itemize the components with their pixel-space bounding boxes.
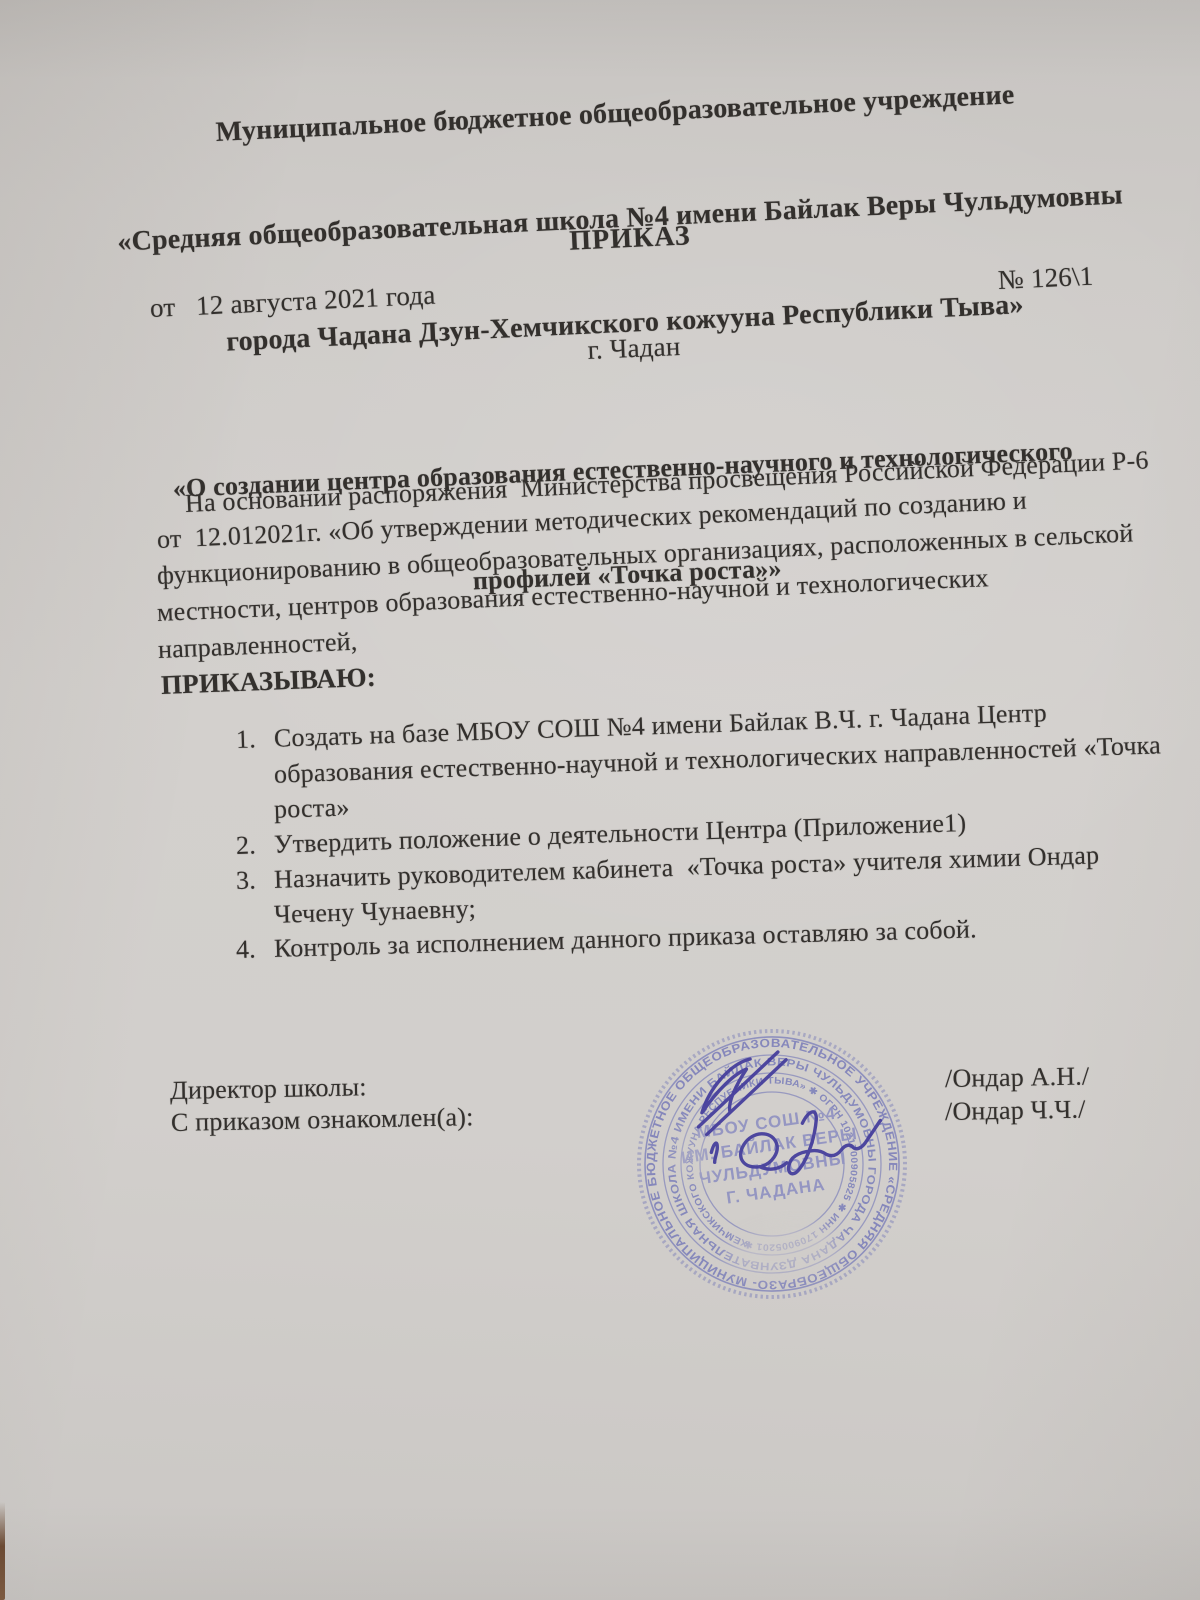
paper-edge-shadow xyxy=(0,1502,5,1600)
list-item-number: 2. xyxy=(236,829,275,861)
director-label: Директор школы: xyxy=(170,1071,367,1106)
list-item-number: 3. xyxy=(236,864,275,896)
list-row-3: роста» xyxy=(236,791,351,826)
org-header-line-1: Муниципальное бюджетное общеобразователь… xyxy=(15,68,1200,159)
list-item-number xyxy=(236,818,274,819)
list-item-number xyxy=(236,783,274,784)
director-name: /Ондар А.Н./ xyxy=(945,1060,1090,1094)
list-item-text: Чечену Чунаевну; xyxy=(274,894,477,929)
list-row-6: Чечену Чунаевну; xyxy=(236,893,477,931)
handwritten-signatures xyxy=(637,1023,923,1203)
order-number: № 126\1 xyxy=(997,260,1094,297)
list-item-number xyxy=(236,923,274,924)
acknowledged-signature-path xyxy=(710,1110,882,1177)
scanned-order-document: Муниципальное бюджетное общеобразователь… xyxy=(0,0,1200,1600)
resolution-word: ПРИКАЗЫВАЮ: xyxy=(160,661,376,702)
acknowledged-name: /Ондар Ч.Ч./ xyxy=(945,1094,1086,1128)
list-item-number: 1. xyxy=(235,723,274,755)
signatures-svg xyxy=(637,1023,923,1203)
list-item-text: роста» xyxy=(274,792,350,823)
list-item-number: 4. xyxy=(236,933,275,965)
acknowledged-label: С приказом ознакомлен(а): xyxy=(171,1101,474,1138)
